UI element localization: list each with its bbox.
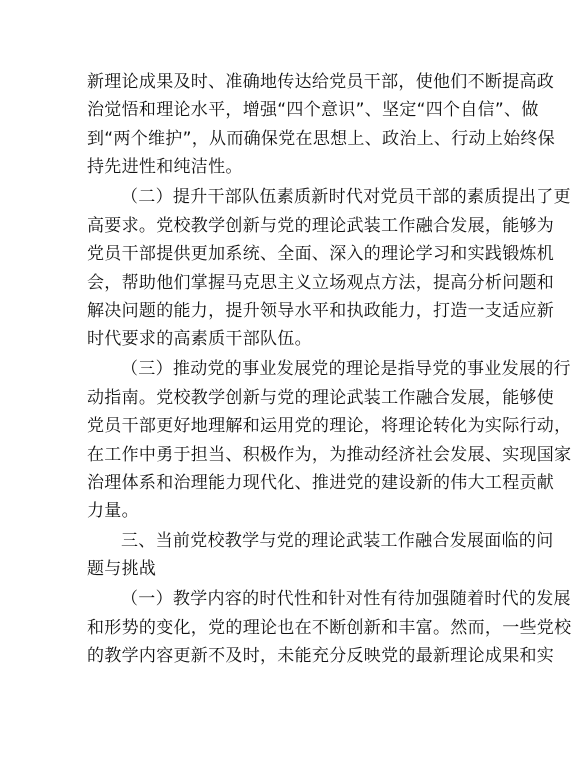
text-line: 党员干部更好地理解和运用党的理论，将理论转化为实际行动，	[87, 412, 507, 440]
text-line: 时代要求的高素质干部队伍。	[87, 325, 507, 353]
text-line: 新理论成果及时、准确地传达给党员干部，使他们不断提高政	[87, 68, 507, 96]
text-line: 在工作中勇于担当、积极作为，为推动经济社会发展、实现国家	[87, 441, 507, 469]
text-line: 解决问题的能力，提升领导水平和执政能力，打造一支适应新	[87, 297, 507, 325]
document-page: 新理论成果及时、准确地传达给党员干部，使他们不断提高政 治觉悟和理论水平，增强“…	[0, 0, 586, 759]
text-line: 到“两个维护”，从而确保党在思想上、政治上、行动上始终保	[87, 125, 507, 153]
text-line: 高要求。党校教学创新与党的理论武装工作融合发展，能够为	[87, 212, 507, 240]
paragraph-heading-line: （二）提升干部队伍素质新时代对党员干部的素质提出了更	[121, 183, 507, 211]
text-line: 党员干部提供更加系统、全面、深入的理论学习和实践锻炼机	[87, 240, 507, 268]
section-heading: 三、当前党校教学与党的理论武装工作融合发展面临的问	[121, 527, 507, 555]
text-line: 动指南。党校教学创新与党的理论武装工作融合发展，能够使	[87, 384, 507, 412]
text-line: 持先进性和纯洁性。	[87, 153, 507, 181]
text-line: 治觉悟和理论水平，增强“四个意识”、坚定“四个自信”、做	[87, 96, 507, 124]
text-line: 会，帮助他们掌握马克思主义立场观点方法，提高分析问题和	[87, 269, 507, 297]
text-line: 治理体系和治理能力现代化、推进党的建设新的伟大工程贡献	[87, 469, 507, 497]
paragraph-heading-line: （三）推动党的事业发展党的理论是指导党的事业发展的行	[121, 355, 507, 383]
paragraph-heading-line: （一）教学内容的时代性和针对性有待加强随着时代的发展	[121, 585, 507, 613]
text-line: 的教学内容更新不及时，未能充分反映党的最新理论成果和实	[87, 642, 507, 670]
text-line: 和形势的变化，党的理论也在不断创新和丰富。然而，一些党校	[87, 614, 507, 642]
section-heading: 题与挑战	[87, 555, 507, 583]
text-line: 力量。	[87, 497, 507, 525]
